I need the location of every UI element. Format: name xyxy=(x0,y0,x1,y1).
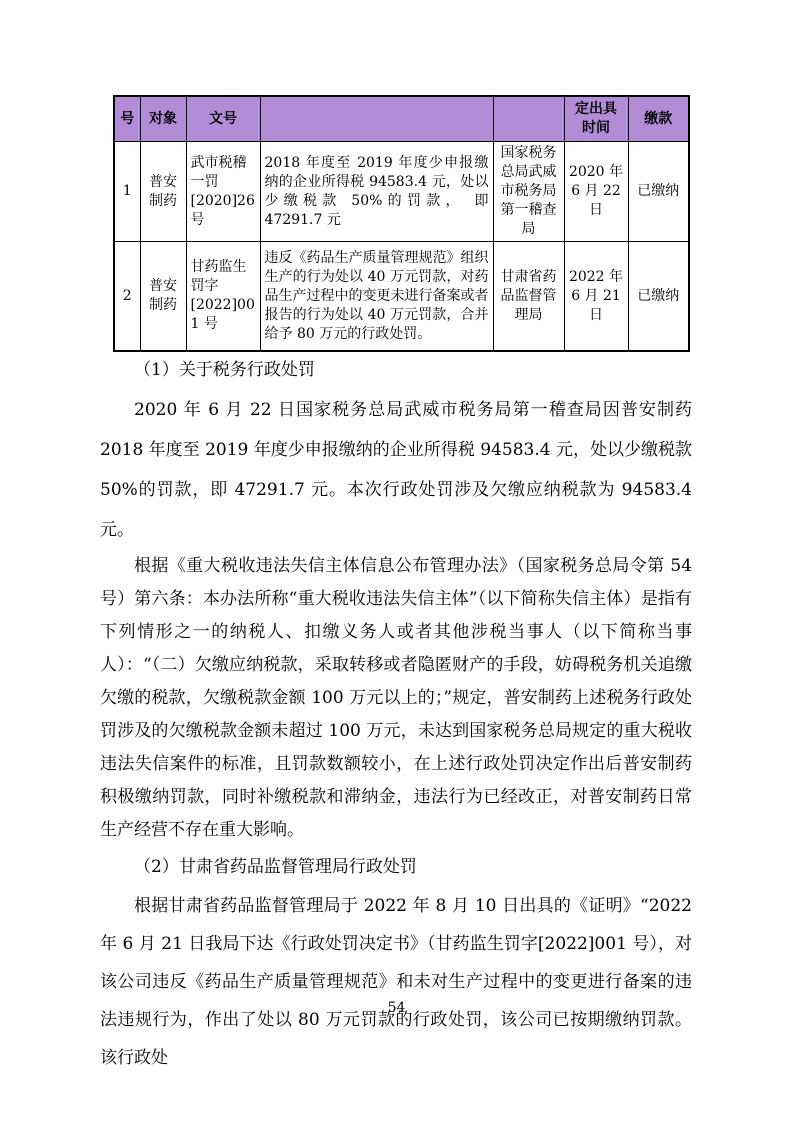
column-header-target: 对象 xyxy=(140,96,186,142)
cell-content: 2018 年度至 2019 年度少申报缴纳的企业所得税 94583.4 元，处以… xyxy=(260,142,493,242)
cell-target: 普安制药 xyxy=(140,142,186,242)
column-header-doc-no: 文号 xyxy=(186,96,260,142)
cell-no: 2 xyxy=(114,242,140,352)
body-text: （1）关于税务行政处罚 2020 年 6 月 22 日国家税务总局武威市税务局第… xyxy=(100,350,692,1077)
paragraph-tax-penalty-facts: 2020 年 6 月 22 日国家税务总局武威市税务局第一稽查局因普安制药 20… xyxy=(100,390,692,550)
column-header-authority xyxy=(493,96,564,142)
section-heading-drug-authority-penalty: （2）甘肃省药品监督管理局行政处罚 xyxy=(100,847,692,887)
paragraph-tax-penalty-analysis: 根据《重大税收违法失信主体信息公布管理办法》（国家税务总局令第 54 号）第六条… xyxy=(100,550,692,847)
cell-date: 2022 年 6 月 21 日 xyxy=(564,242,628,352)
penalty-table: 号 对象 文号 定出具时间 缴款 1 普安制药 武市税稽一罚[2020]26 号… xyxy=(113,95,690,352)
cell-payment: 已缴纳 xyxy=(628,142,689,242)
page-number: 54 xyxy=(0,997,793,1019)
cell-date: 2020 年 6 月 22 日 xyxy=(564,142,628,242)
paragraph-drug-penalty-facts: 根据甘肃省药品监督管理局于 2022 年 8 月 10 日出具的《证明》“202… xyxy=(100,887,692,1077)
table-row: 1 普安制药 武市税稽一罚[2020]26 号 2018 年度至 2019 年度… xyxy=(114,142,689,242)
column-header-content xyxy=(260,96,493,142)
section-heading-tax-penalty: （1）关于税务行政处罚 xyxy=(100,350,692,390)
cell-payment: 已缴纳 xyxy=(628,242,689,352)
document-page: 号 对象 文号 定出具时间 缴款 1 普安制药 武市税稽一罚[2020]26 号… xyxy=(0,0,793,1122)
cell-target: 普安制药 xyxy=(140,242,186,352)
column-header-date: 定出具时间 xyxy=(564,96,628,142)
cell-doc-no: 甘药监生罚字[2022]001 号 xyxy=(186,242,260,352)
cell-doc-no: 武市税稽一罚[2020]26 号 xyxy=(186,142,260,242)
cell-no: 1 xyxy=(114,142,140,242)
column-header-no: 号 xyxy=(114,96,140,142)
cell-content: 违反《药品生产质量管理规范》组织生产的行为处以 40 万元罚款，对药品生产过程中… xyxy=(260,242,493,352)
table-header-row: 号 对象 文号 定出具时间 缴款 xyxy=(114,96,689,142)
column-header-payment: 缴款 xyxy=(628,96,689,142)
cell-authority: 国家税务总局武威市税务局第一稽查局 xyxy=(493,142,564,242)
table-row: 2 普安制药 甘药监生罚字[2022]001 号 违反《药品生产质量管理规范》组… xyxy=(114,242,689,352)
cell-authority: 甘肃省药品监督管理局 xyxy=(493,242,564,352)
